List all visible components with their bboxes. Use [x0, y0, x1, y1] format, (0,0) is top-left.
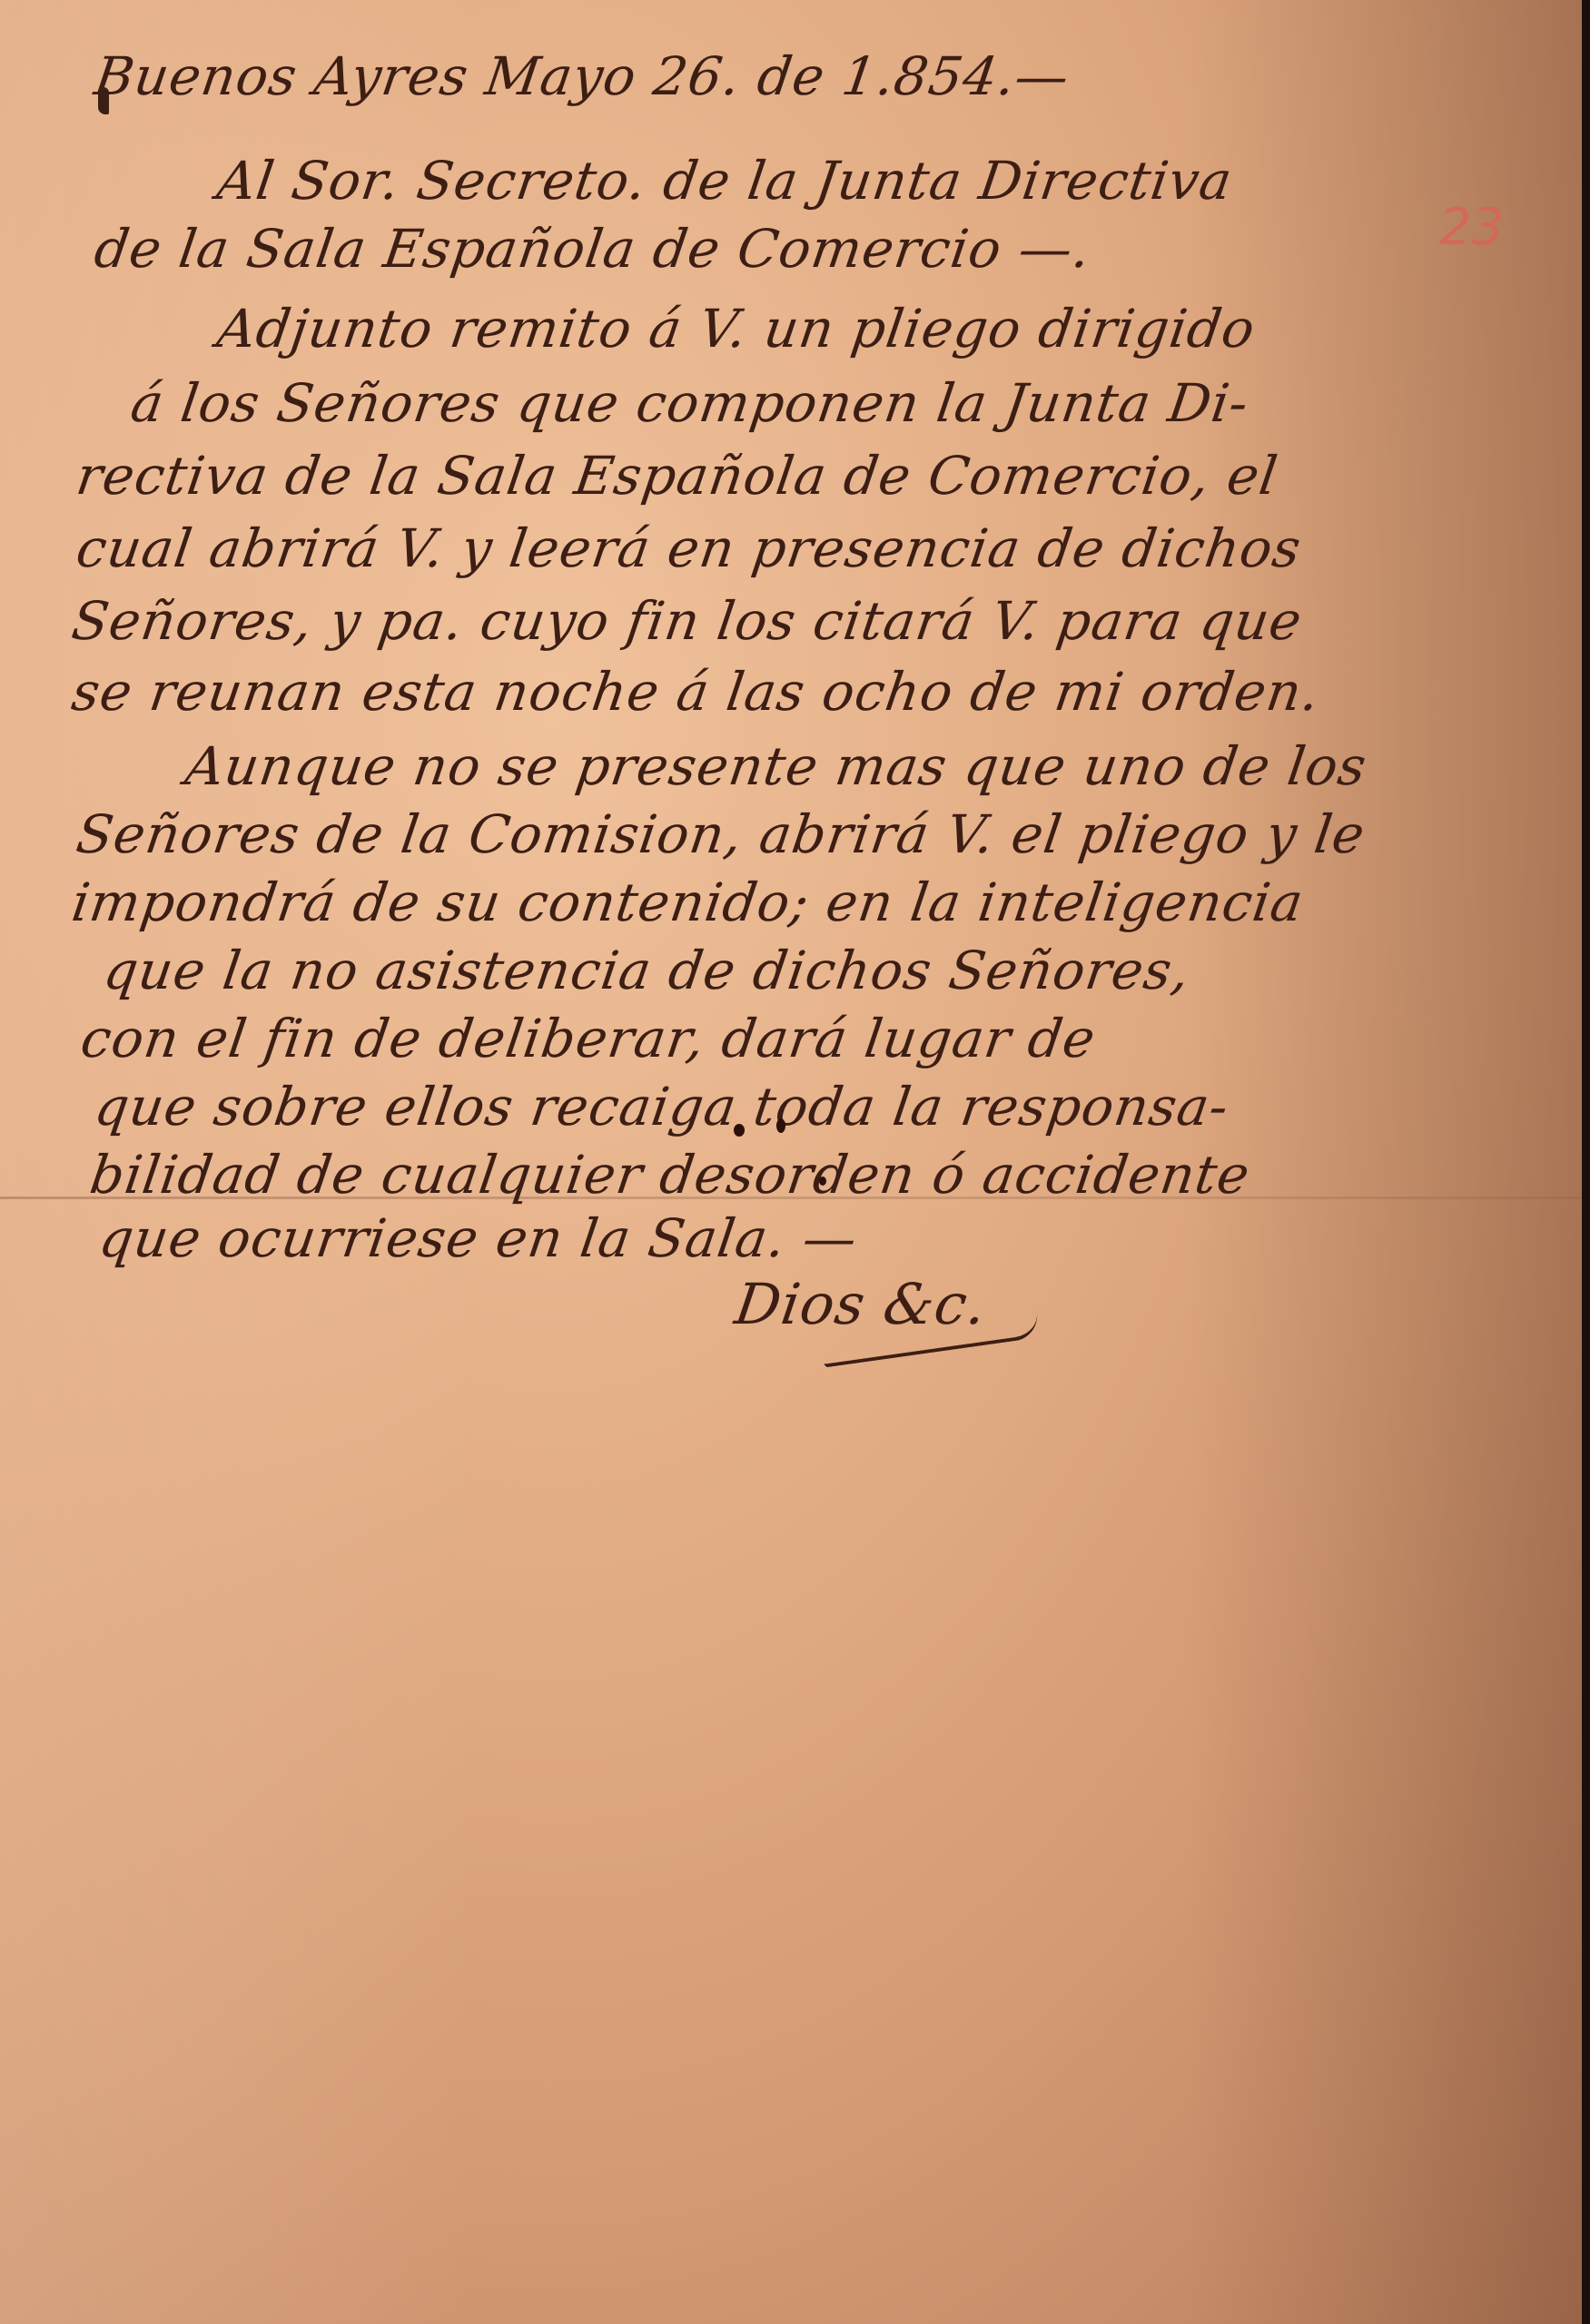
body-line-9: impondrá de su contenido; en la intelige… [68, 871, 1308, 933]
document-page: Buenos Ayres Mayo 26. de 1.854.— 23 Al S… [0, 0, 1582, 2324]
folio-number: 23 [1439, 198, 1504, 257]
body-line-2: á los Señores que componen la Junta Di- [127, 372, 1252, 434]
ink-blot [819, 1177, 826, 1186]
body-line-5: Señores, y pa. cuyo fin los citará V. pa… [68, 590, 1306, 652]
address-line-2: de la Sala Española de Comercio —. [91, 218, 1095, 280]
page-edge-shadow [1582, 0, 1590, 2324]
body-line-13: bilidad de cualquier desorden ó accident… [86, 1144, 1254, 1206]
body-line-1: Adjunto remito á V. un pliego dirigido [213, 298, 1259, 359]
body-line-3: rectiva de la Sala Española de Comercio,… [73, 445, 1282, 507]
body-line-10: que la no asistencia de dichos Señores, [100, 940, 1194, 1001]
body-line-6: se reunan esta noche á las ocho de mi or… [68, 661, 1324, 723]
body-line-14: que ocurriese en la Sala. — [95, 1207, 861, 1269]
body-line-7: Aunque no se presente mas que uno de los [182, 735, 1371, 797]
body-line-12: que sobre ellos recaiga toda la responsa… [91, 1076, 1233, 1137]
body-line-4: cual abrirá V. y leerá en presencia de d… [73, 517, 1305, 579]
body-line-11: con el fin de deliberar, dará lugar de [77, 1008, 1100, 1069]
body-line-8: Señores de la Comision, abrirá V. el pli… [73, 803, 1369, 865]
ink-blot [734, 1124, 745, 1137]
place-date-line: Buenos Ayres Mayo 26. de 1.854.— [91, 45, 1073, 107]
ink-blot [776, 1118, 785, 1133]
address-line-1: Al Sor. Secreto. de la Junta Directiva [213, 150, 1237, 212]
